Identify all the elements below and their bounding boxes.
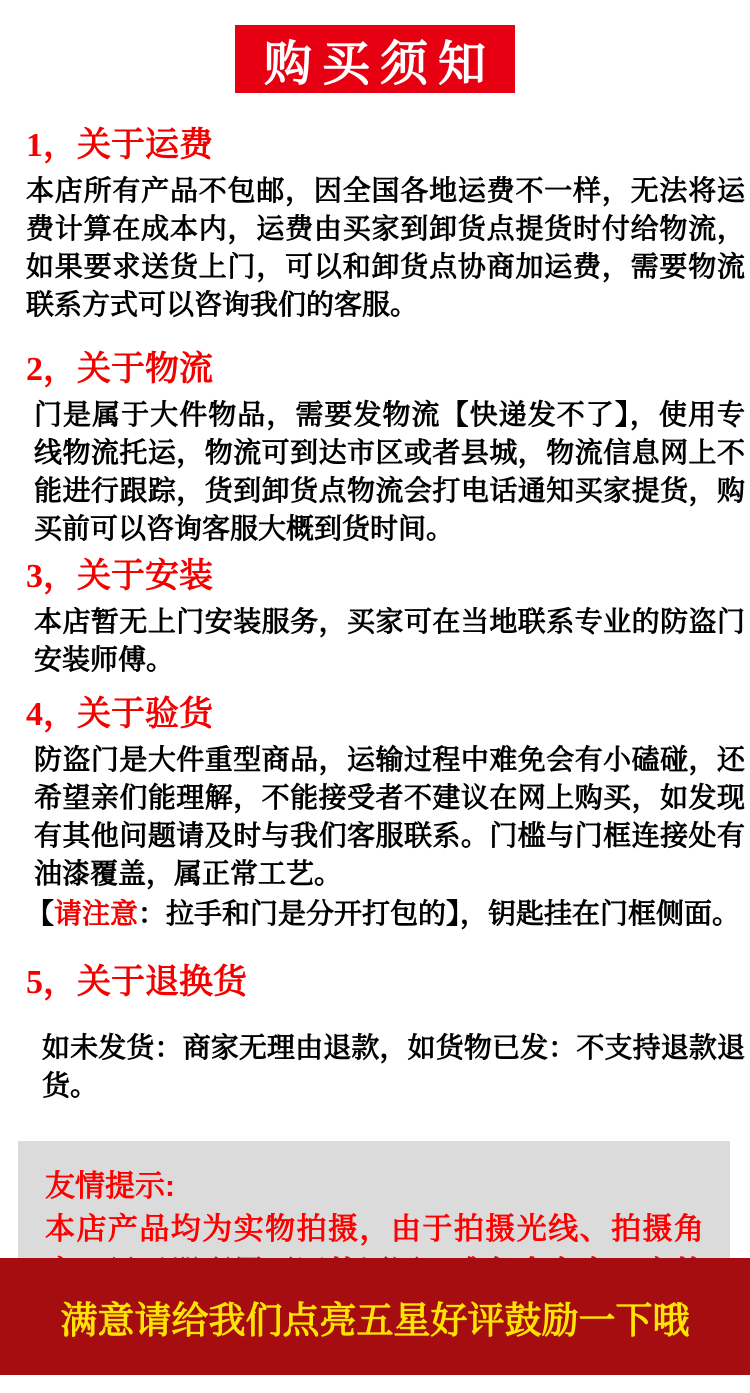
purchase-notice-page: 购买须知 1，关于运费 本店所有产品不包邮，因全国各地运费不一样，无法将运费计算…: [0, 0, 750, 1393]
section-installation-body: 本店暂无上门安装服务，买家可在当地联系专业的防盗门安装师傅。: [26, 603, 745, 679]
footer-review-request: 满意请给我们点亮五星好评鼓励一下哦: [61, 1290, 690, 1344]
section-shipping-fee-body: 本店所有产品不包邮，因全国各地运费不一样，无法将运费计算在成本内，运费由买家到卸…: [26, 172, 745, 324]
section-shipping-fee: 1，关于运费 本店所有产品不包邮，因全国各地运费不一样，无法将运费计算在成本内，…: [26, 124, 745, 324]
section-logistics-heading: 2，关于物流: [26, 348, 745, 392]
tip-box-title: 友情提示:: [45, 1165, 704, 1208]
footer-banner: 满意请给我们点亮五星好评鼓励一下哦: [0, 1258, 750, 1375]
note-bracket-open: 【: [26, 898, 54, 929]
section-inspection-body: 防盗门是大件重型商品，运输过程中难免会有小磕碰，还希望亲们能理解，不能接受者不建…: [26, 741, 745, 893]
section-installation-heading: 3，关于安装: [26, 555, 745, 599]
section-logistics: 2，关于物流 门是属于大件物品，需要发物流【快递发不了】，使用专线物流托运，物流…: [26, 348, 745, 548]
section-inspection-note: 【请注意：拉手和门是分开打包的】，钥匙挂在门框侧面。: [26, 895, 745, 933]
section-installation: 3，关于安装 本店暂无上门安装服务，买家可在当地联系专业的防盗门安装师傅。: [26, 555, 745, 679]
section-returns-body: 如未发货：商家无理由退款，如货物已发：不支持退款退货。: [26, 1029, 745, 1105]
note-rest-text: ：拉手和门是分开打包的】，钥匙挂在门框侧面。: [138, 898, 740, 929]
notice-content: 1，关于运费 本店所有产品不包邮，因全国各地运费不一样，无法将运费计算在成本内，…: [0, 124, 750, 1105]
title-banner: 购买须知: [235, 25, 515, 93]
section-returns-heading: 5，关于退换货: [26, 961, 745, 1005]
section-shipping-fee-heading: 1，关于运费: [26, 124, 745, 168]
section-logistics-body: 门是属于大件物品，需要发物流【快递发不了】，使用专线物流托运，物流可到达市区或者…: [26, 396, 745, 548]
section-inspection: 4，关于验货 防盗门是大件重型商品，运输过程中难免会有小磕碰，还希望亲们能理解，…: [26, 693, 745, 933]
section-inspection-heading: 4，关于验货: [26, 693, 745, 737]
page-title: 购买须知: [254, 25, 496, 94]
section-returns: 5，关于退换货 如未发货：商家无理由退款，如货物已发：不支持退款退货。: [26, 961, 745, 1105]
note-attention-label: 请注意: [54, 898, 138, 929]
